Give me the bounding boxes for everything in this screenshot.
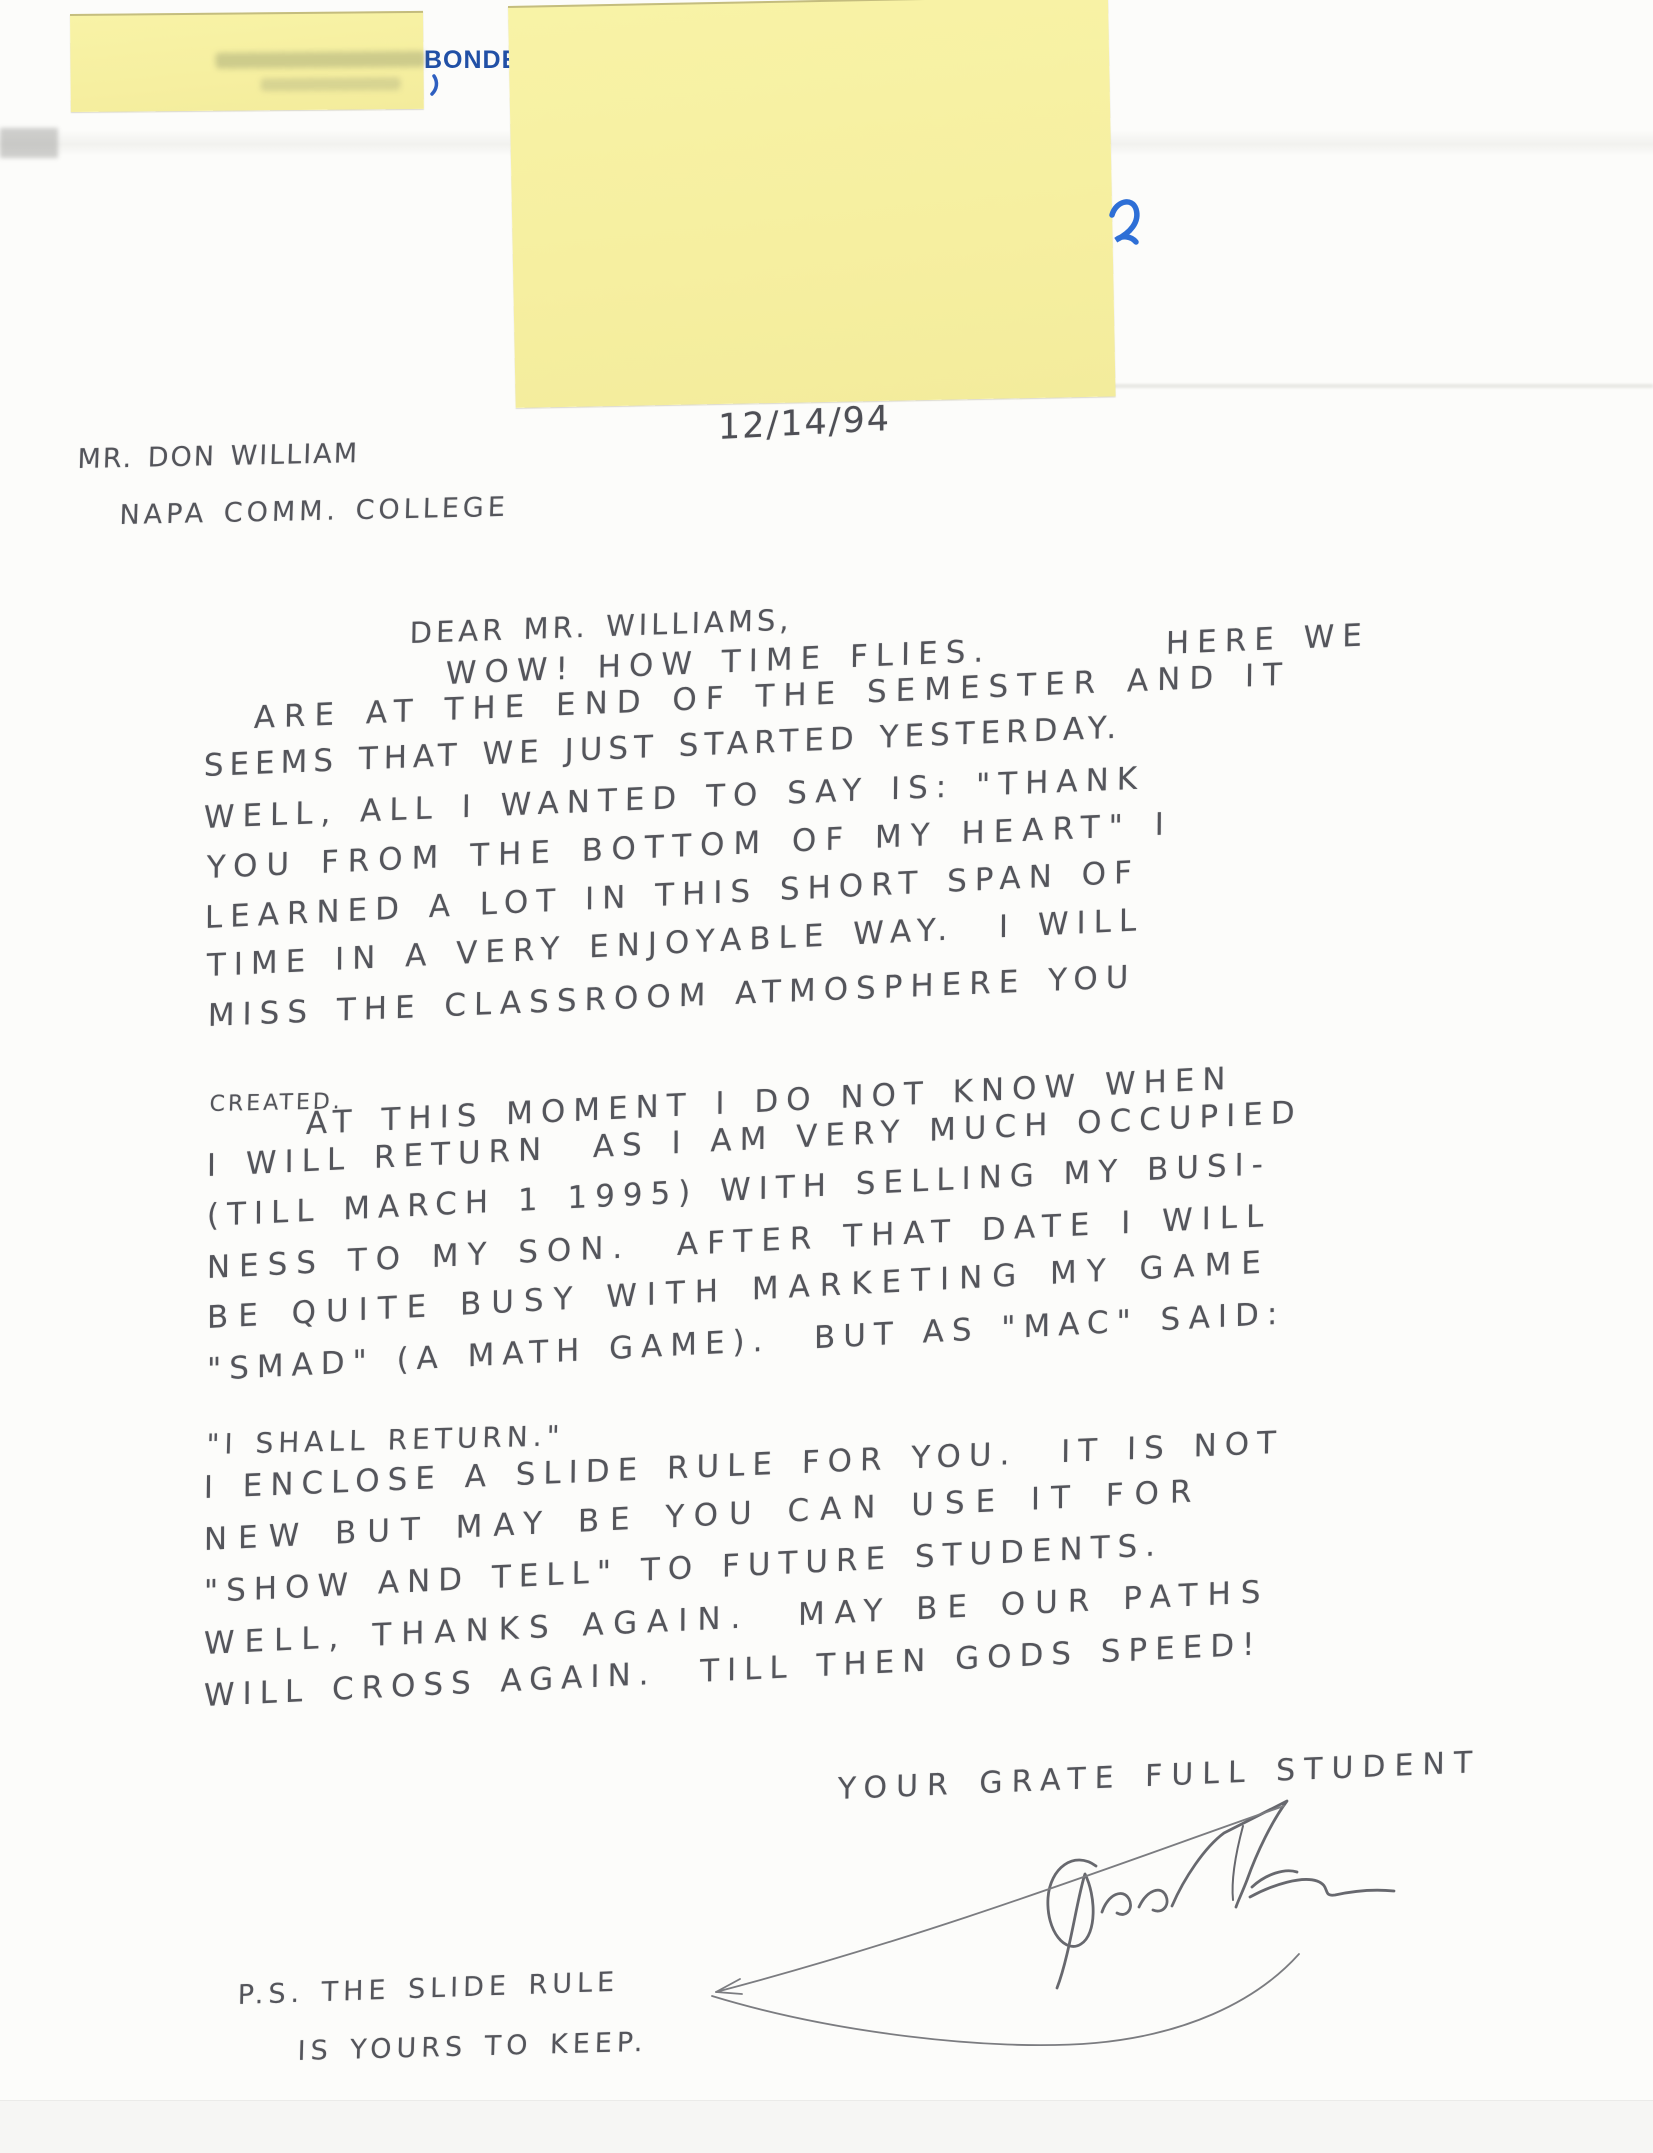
ps-line-2: IS YOURS TO KEEP.: [297, 2027, 648, 2067]
signature-flourish-line: [712, 1806, 1299, 2045]
redaction-sticker-small: [70, 11, 424, 112]
ps-line-1: P.S. THE SLIDE RULE: [237, 1967, 619, 2011]
signature-scrawl: [1048, 1801, 1394, 1988]
show-through-smudge: [215, 51, 425, 69]
pen-mark-blue: [1112, 202, 1137, 242]
recipient-name: MR. DON WILLIAM: [77, 438, 359, 475]
date-handwritten: 12/14/94: [718, 399, 891, 448]
letterhead-second-line-mark: [432, 76, 436, 94]
letter-line: "I SHALL RETURN.": [206, 1419, 565, 1461]
scan-streak-artifact: [1095, 384, 1653, 388]
redaction-sticker-large: [508, 0, 1116, 408]
scan-band-artifact: [0, 2100, 1653, 2153]
scan-edge-blob-artifact: [0, 128, 58, 158]
show-through-smudge: [261, 77, 401, 91]
recipient-org: NAPA COMM. COLLEGE: [119, 492, 509, 531]
signoff-line: YOUR GRATE FULL STUDENT: [838, 1745, 1482, 1807]
scanned-letter-page: BONDED 12/14/94 MR. DON WILLIAM NAPA COM…: [0, 0, 1653, 2153]
